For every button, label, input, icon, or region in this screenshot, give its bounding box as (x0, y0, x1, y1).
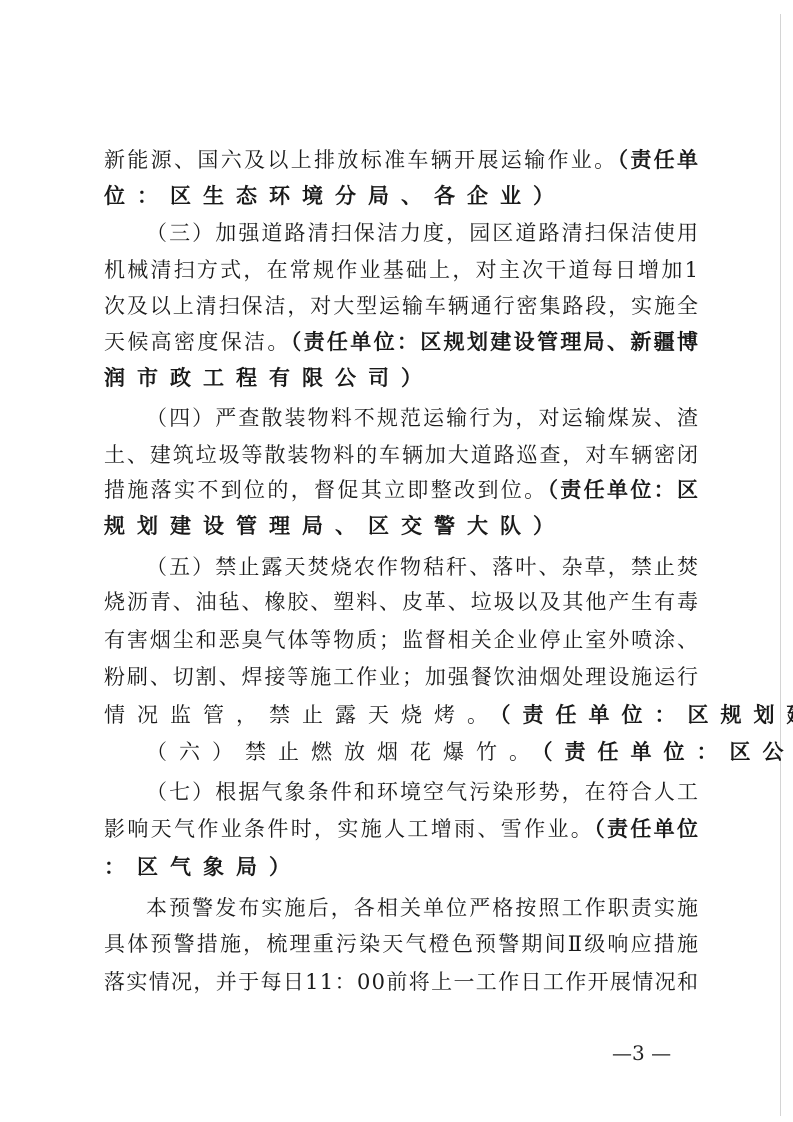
body-text: 有害烟尘和恶臭气体等物质；监督相关企业停止室外喷涂、 (104, 628, 700, 652)
text-line: 本预警发布实施后，各相关单位严格按照工作职责实施 (146, 893, 700, 923)
text-line: 情况监管，禁止露天烧烤。（责任单位：区规划建设管理局） (104, 700, 793, 730)
text-line: （六）禁止燃放烟花爆竹。（责任单位：区公安分局） (146, 737, 793, 767)
body-text: （三）加强道路清扫保洁力度，园区道路清扫保洁使用 (146, 221, 700, 245)
body-text: 情况监管，禁止露天烧烤。 (104, 703, 500, 727)
text-line: 烧沥青、油毡、橡胶、塑料、皮革、垃圾以及其他产生有毒 (104, 587, 700, 617)
text-line: 具体预警措施，梳理重污染天气橙色预警期间Ⅱ级响应措施 (104, 929, 700, 959)
body-text: 天候高密度保洁。 (104, 330, 291, 354)
text-line: 机械清扫方式，在常规作业基础上，对主次干道每日增加1 (104, 255, 700, 285)
text-line: 位：区生态环境分局、各企业） (104, 181, 566, 211)
body-text: 烧沥青、油毡、橡胶、塑料、皮革、垃圾以及其他产生有毒 (104, 590, 700, 614)
body-text: （四）严查散装物料不规范运输行为，对运输煤炭、渣 (146, 406, 700, 430)
responsible-unit-text: ：区气象局） (104, 854, 302, 879)
responsible-unit-text: （责任单位：区公安分局） (542, 739, 793, 764)
text-line: （四）严查散装物料不规范运输行为，对运输煤炭、渣 (146, 403, 700, 433)
body-text: 本预警发布实施后，各相关单位严格按照工作职责实施 (146, 896, 700, 920)
responsible-unit-text: （责任单位 (594, 816, 700, 841)
text-line: （七）根据气象条件和环境空气污染形势，在符合人工 (146, 777, 700, 807)
body-text: 新能源、国六及以上排放标准车辆开展运输作业。 (104, 148, 617, 172)
body-text: 影响天气作业条件时，实施人工增雨、雪作业。 (104, 817, 594, 841)
responsible-unit-text: （责任单位：区 (547, 477, 700, 502)
text-line: 粉刷、切割、焊接等施工作业；加强餐饮油烟处理设施运行 (104, 662, 700, 692)
body-text: 粉刷、切割、焊接等施工作业；加强餐饮油烟处理设施运行 (104, 665, 700, 689)
responsible-unit-text: （责任单位：区规划建设管理局） (500, 702, 793, 727)
text-line: 润市政工程有限公司） (104, 363, 434, 393)
text-line: ：区气象局） (104, 852, 302, 882)
body-text: （七）根据气象条件和环境空气污染形势，在符合人工 (146, 780, 700, 804)
page-edge-divider (780, 14, 781, 1116)
body-text: 土、建筑垃圾等散装物料的车辆加大道路巡查，对车辆密闭 (104, 443, 700, 467)
page-number: —3 — (612, 1041, 671, 1065)
responsible-unit-text: 润市政工程有限公司） (104, 365, 434, 390)
body-text: 落实情况，并于每日11：00前将上一工作日工作开展情况和 (104, 970, 699, 994)
responsible-unit-text: 规划建设管理局、区交警大队） (104, 513, 566, 538)
text-line: 次及以上清扫保洁，对大型运输车辆通行密集路段，实施全 (104, 291, 700, 321)
text-line: 落实情况，并于每日11：00前将上一工作日工作开展情况和 (104, 967, 699, 997)
text-line: 影响天气作业条件时，实施人工增雨、雪作业。（责任单位 (104, 814, 700, 844)
responsible-unit-text: （责任单 (617, 147, 700, 172)
responsible-unit-text: （责任单位：区规划建设管理局、新疆博 (291, 329, 701, 354)
body-text: 措施落实不到位的，督促其立即整改到位。 (104, 478, 547, 502)
body-text: （五）禁止露天焚烧农作物秸秆、落叶、杂草，禁止焚 (146, 555, 700, 579)
text-line: （三）加强道路清扫保洁力度，园区道路清扫保洁使用 (146, 218, 700, 248)
text-line: 有害烟尘和恶臭气体等物质；监督相关企业停止室外喷涂、 (104, 625, 700, 655)
text-line: （五）禁止露天焚烧农作物秸秆、落叶、杂草，禁止焚 (146, 552, 700, 582)
text-line: 措施落实不到位的，督促其立即整改到位。（责任单位：区 (104, 475, 700, 505)
document-page: 新能源、国六及以上排放标准车辆开展运输作业。（责任单位：区生态环境分局、各企业）… (0, 0, 793, 1122)
body-text: 次及以上清扫保洁，对大型运输车辆通行密集路段，实施全 (104, 294, 700, 318)
text-line: 土、建筑垃圾等散装物料的车辆加大道路巡查，对车辆密闭 (104, 440, 700, 470)
text-line: 天候高密度保洁。（责任单位：区规划建设管理局、新疆博 (104, 327, 700, 357)
body-text: 机械清扫方式，在常规作业基础上，对主次干道每日增加1 (104, 258, 700, 282)
text-line: 规划建设管理局、区交警大队） (104, 511, 566, 541)
responsible-unit-text: 位：区生态环境分局、各企业） (104, 183, 566, 208)
body-text: （六）禁止燃放烟花爆竹。 (146, 740, 542, 764)
text-line: 新能源、国六及以上排放标准车辆开展运输作业。（责任单 (104, 145, 700, 175)
body-text: 具体预警措施，梳理重污染天气橙色预警期间Ⅱ级响应措施 (104, 932, 700, 956)
